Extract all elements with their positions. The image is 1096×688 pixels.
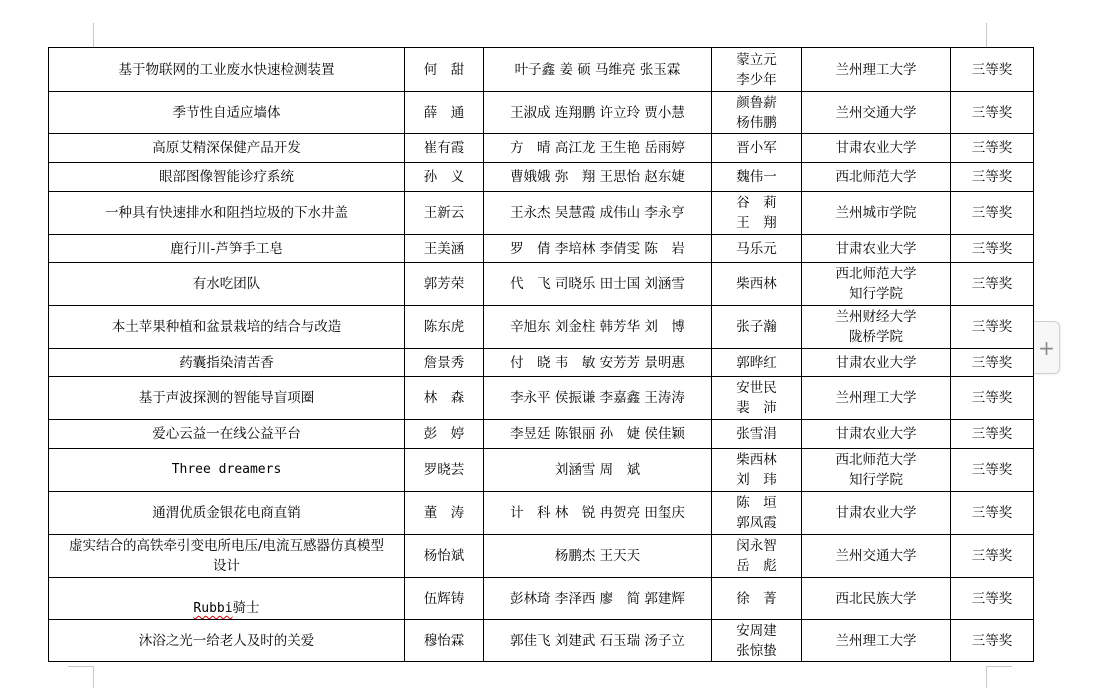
project-name-cell[interactable]: 虚实结合的高铁牵引变电所电压/电流互感器仿真模型设计 — [49, 535, 405, 578]
leader-cell[interactable]: 王美涵 — [405, 235, 484, 263]
project-name-cell[interactable]: 一种具有快速排水和阻挡垃圾的下水井盖 — [49, 192, 405, 235]
award-cell[interactable]: 三等奖 — [951, 492, 1034, 535]
school-cell[interactable]: 兰州交通大学 — [802, 92, 951, 134]
table-row: 有水吃团队 郭芳荣 代 飞 司晓乐 田士国 刘涵雪 柴西林 西北师范大学 知行学… — [49, 263, 1034, 306]
award-cell[interactable]: 三等奖 — [951, 449, 1034, 492]
members-cell[interactable]: 郭佳飞 刘建武 石玉瑞 汤子立 — [484, 620, 712, 662]
table-row: 虚实结合的高铁牵引变电所电压/电流互感器仿真模型设计 杨怡斌 杨鹏杰 王天天 闵… — [49, 535, 1034, 578]
members-cell[interactable]: 曹娥娥 弥 翔 王思怡 赵东婕 — [484, 163, 712, 192]
school-cell[interactable]: 西北师范大学 知行学院 — [802, 263, 951, 306]
project-name-cell[interactable]: 有水吃团队 — [49, 263, 405, 306]
members-cell[interactable]: 方 晴 高江龙 王生艳 岳雨婷 — [484, 134, 712, 163]
advisors-cell[interactable]: 安世民 裴 沛 — [712, 377, 802, 420]
award-cell[interactable]: 三等奖 — [951, 620, 1034, 662]
members-cell[interactable]: 王永杰 吴慧霞 成伟山 李永亨 — [484, 192, 712, 235]
members-cell[interactable]: 李永平 侯振谦 李嘉鑫 王涛涛 — [484, 377, 712, 420]
page-corner-mark-top-left — [68, 23, 94, 48]
advisors-cell[interactable]: 郭晔红 — [712, 349, 802, 377]
project-name-cell[interactable]: 眼部图像智能诊疗系统 — [49, 163, 405, 192]
school-cell[interactable]: 兰州理工大学 — [802, 620, 951, 662]
advisors-cell[interactable]: 张子瀚 — [712, 306, 802, 349]
advisors-cell[interactable]: 张雪涓 — [712, 420, 802, 449]
table-row: 沐浴之光一给老人及时的关爱 穆怡霖 郭佳飞 刘建武 石玉瑞 汤子立 安周建 张惊… — [49, 620, 1034, 662]
school-cell[interactable]: 甘肃农业大学 — [802, 492, 951, 535]
awards-table: 基于物联网的工业废水快速检测装置 何 甜 叶子鑫 姜 硕 马维亮 张玉霖 蒙立元… — [48, 47, 1034, 662]
leader-cell[interactable]: 彭 婷 — [405, 420, 484, 449]
leader-cell[interactable]: 郭芳荣 — [405, 263, 484, 306]
project-name-cell[interactable]: 爱心云益一在线公益平台 — [49, 420, 405, 449]
school-cell[interactable]: 兰州城市学院 — [802, 192, 951, 235]
project-name-suffix: 骑士 — [233, 600, 260, 616]
advisors-cell[interactable]: 柴西林 刘 玮 — [712, 449, 802, 492]
school-cell[interactable]: 甘肃农业大学 — [802, 235, 951, 263]
award-cell[interactable]: 三等奖 — [951, 420, 1034, 449]
school-cell[interactable]: 兰州交通大学 — [802, 535, 951, 578]
leader-cell[interactable]: 王新云 — [405, 192, 484, 235]
award-cell[interactable]: 三等奖 — [951, 163, 1034, 192]
award-cell[interactable]: 三等奖 — [951, 377, 1034, 420]
table-row: Rubbi骑士 伍辉铸 彭林琦 李泽西 廖 简 郭建辉 徐 菁 西北民族大学 三… — [49, 578, 1034, 620]
members-cell[interactable]: 代 飞 司晓乐 田士国 刘涵雪 — [484, 263, 712, 306]
table-row: 季节性自适应墙体 薛 通 王淑成 连翔鹏 许立玲 贾小慧 颜鲁薪 杨伟鹏 兰州交… — [49, 92, 1034, 134]
project-name-cell[interactable]: 基于声波探测的智能导盲项圈 — [49, 377, 405, 420]
project-name-cell[interactable]: 基于物联网的工业废水快速检测装置 — [49, 48, 405, 92]
members-cell[interactable]: 计 科 林 锐 冉贺亮 田玺庆 — [484, 492, 712, 535]
plus-icon: + — [1038, 336, 1055, 360]
school-cell[interactable]: 甘肃农业大学 — [802, 420, 951, 449]
award-cell[interactable]: 三等奖 — [951, 92, 1034, 134]
table-row: 基于物联网的工业废水快速检测装置 何 甜 叶子鑫 姜 硕 马维亮 张玉霖 蒙立元… — [49, 48, 1034, 92]
page-corner-mark-bottom-right — [986, 666, 1012, 688]
table-row: Three dreamers 罗晓芸 刘涵雪 周 斌 柴西林 刘 玮 西北师范大… — [49, 449, 1034, 492]
members-cell[interactable]: 杨鹏杰 王天天 — [484, 535, 712, 578]
award-cell[interactable]: 三等奖 — [951, 306, 1034, 349]
school-cell[interactable]: 甘肃农业大学 — [802, 134, 951, 163]
advisors-cell[interactable]: 陈 垣 郭凤霞 — [712, 492, 802, 535]
page-corner-mark-top-right — [986, 23, 1012, 48]
award-cell[interactable]: 三等奖 — [951, 192, 1034, 235]
leader-cell[interactable]: 杨怡斌 — [405, 535, 484, 578]
leader-cell[interactable]: 崔有霞 — [405, 134, 484, 163]
members-cell[interactable]: 王淑成 连翔鹏 许立玲 贾小慧 — [484, 92, 712, 134]
members-cell[interactable]: 刘涵雪 周 斌 — [484, 449, 712, 492]
leader-cell[interactable]: 孙 义 — [405, 163, 484, 192]
school-cell[interactable]: 甘肃农业大学 — [802, 349, 951, 377]
page-corner-mark-bottom-left — [68, 666, 94, 688]
advisors-cell[interactable]: 颜鲁薪 杨伟鹏 — [712, 92, 802, 134]
project-name-cell[interactable]: Three dreamers — [49, 449, 405, 492]
project-name-cell[interactable]: 鹿行川-芦笋手工皂 — [49, 235, 405, 263]
members-cell[interactable]: 李昱廷 陈银丽 孙 婕 侯佳颖 — [484, 420, 712, 449]
award-cell[interactable]: 三等奖 — [951, 349, 1034, 377]
leader-cell[interactable]: 陈东虎 — [405, 306, 484, 349]
members-cell[interactable]: 辛旭东 刘金柱 韩芳华 刘 博 — [484, 306, 712, 349]
project-name-cell[interactable]: 通渭优质金银花电商直销 — [49, 492, 405, 535]
award-cell[interactable]: 三等奖 — [951, 134, 1034, 163]
members-cell[interactable]: 叶子鑫 姜 硕 马维亮 张玉霖 — [484, 48, 712, 92]
project-name-cell[interactable]: 本土苹果种植和盆景栽培的结合与改造 — [49, 306, 405, 349]
project-name-cell[interactable]: 沐浴之光一给老人及时的关爱 — [49, 620, 405, 662]
school-cell[interactable]: 兰州理工大学 — [802, 377, 951, 420]
table-row: 药囊指染清苦香 詹景秀 付 晓 韦 敏 安芳芳 景明惠 郭晔红 甘肃农业大学 三… — [49, 349, 1034, 377]
advisors-cell[interactable]: 闵永智 岳 彪 — [712, 535, 802, 578]
table-row: 眼部图像智能诊疗系统 孙 义 曹娥娥 弥 翔 王思怡 赵东婕 魏伟一 西北师范大… — [49, 163, 1034, 192]
spellcheck-flagged-word[interactable]: Rubbi — [193, 601, 232, 616]
advisors-cell[interactable]: 徐 菁 — [712, 578, 802, 620]
project-name-cell[interactable]: 高原艾精深保健产品开发 — [49, 134, 405, 163]
advisors-cell[interactable]: 柴西林 — [712, 263, 802, 306]
advisors-cell[interactable]: 安周建 张惊蛰 — [712, 620, 802, 662]
table-row: 爱心云益一在线公益平台 彭 婷 李昱廷 陈银丽 孙 婕 侯佳颖 张雪涓 甘肃农业… — [49, 420, 1034, 449]
school-cell[interactable]: 兰州理工大学 — [802, 48, 951, 92]
leader-cell[interactable]: 穆怡霖 — [405, 620, 484, 662]
advisors-cell[interactable]: 晋小军 — [712, 134, 802, 163]
table-row: 鹿行川-芦笋手工皂 王美涵 罗 倩 李培林 李倩雯 陈 岩 马乐元 甘肃农业大学… — [49, 235, 1034, 263]
table-row: 一种具有快速排水和阻挡垃圾的下水井盖 王新云 王永杰 吴慧霞 成伟山 李永亨 谷… — [49, 192, 1034, 235]
members-cell[interactable]: 罗 倩 李培林 李倩雯 陈 岩 — [484, 235, 712, 263]
leader-cell[interactable]: 詹景秀 — [405, 349, 484, 377]
leader-cell[interactable]: 伍辉铸 — [405, 578, 484, 620]
leader-cell[interactable]: 薛 通 — [405, 92, 484, 134]
members-cell[interactable]: 彭林琦 李泽西 廖 简 郭建辉 — [484, 578, 712, 620]
award-cell[interactable]: 三等奖 — [951, 235, 1034, 263]
project-name-cell[interactable]: 药囊指染清苦香 — [49, 349, 405, 377]
project-name-cell[interactable]: 季节性自适应墙体 — [49, 92, 405, 134]
add-row-button[interactable]: + — [1034, 321, 1060, 374]
table-row: 高原艾精深保健产品开发 崔有霞 方 晴 高江龙 王生艳 岳雨婷 晋小军 甘肃农业… — [49, 134, 1034, 163]
leader-cell[interactable]: 何 甜 — [405, 48, 484, 92]
leader-cell[interactable]: 罗晓芸 — [405, 449, 484, 492]
advisors-cell[interactable]: 魏伟一 — [712, 163, 802, 192]
advisors-cell[interactable]: 谷 莉 王 翔 — [712, 192, 802, 235]
advisors-cell[interactable]: 蒙立元 李少年 — [712, 48, 802, 92]
leader-cell[interactable]: 林 森 — [405, 377, 484, 420]
table-row: 基于声波探测的智能导盲项圈 林 森 李永平 侯振谦 李嘉鑫 王涛涛 安世民 裴 … — [49, 377, 1034, 420]
project-name-cell[interactable]: Rubbi骑士 — [49, 578, 405, 620]
leader-cell[interactable]: 董 涛 — [405, 492, 484, 535]
advisors-cell[interactable]: 马乐元 — [712, 235, 802, 263]
school-cell[interactable]: 西北师范大学 — [802, 163, 951, 192]
school-cell[interactable]: 西北民族大学 — [802, 578, 951, 620]
award-cell[interactable]: 三等奖 — [951, 535, 1034, 578]
table-row: 本土苹果种植和盆景栽培的结合与改造 陈东虎 辛旭东 刘金柱 韩芳华 刘 博 张子… — [49, 306, 1034, 349]
school-cell[interactable]: 西北师范大学 知行学院 — [802, 449, 951, 492]
award-cell[interactable]: 三等奖 — [951, 263, 1034, 306]
table-row: 通渭优质金银花电商直销 董 涛 计 科 林 锐 冉贺亮 田玺庆 陈 垣 郭凤霞 … — [49, 492, 1034, 535]
award-cell[interactable]: 三等奖 — [951, 48, 1034, 92]
members-cell[interactable]: 付 晓 韦 敏 安芳芳 景明惠 — [484, 349, 712, 377]
award-cell[interactable]: 三等奖 — [951, 578, 1034, 620]
school-cell[interactable]: 兰州财经大学 陇桥学院 — [802, 306, 951, 349]
